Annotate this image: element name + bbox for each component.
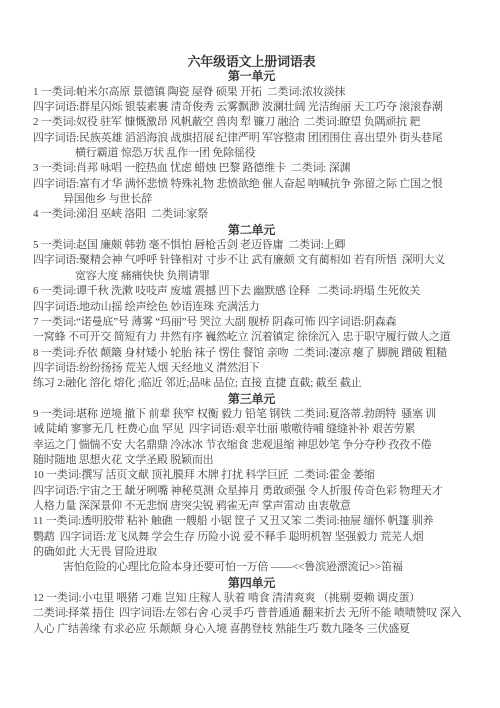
vocab-line: 随时随地 思想火花 文学圣殿 脱颖而出	[33, 453, 470, 468]
vocab-line: 8 一类词:乔依 颠簸 身材矮小 轮胎 袜子 愣住 餐馆 亲吻 二类词:凄凉 瘪…	[33, 346, 470, 361]
vocab-line: 3 一类词:肖邦 咏唱 一腔热血 忧虑 蜡烛 巴黎 路德维卡 二类词: 深渊	[33, 161, 470, 176]
vocab-line: 12 一类词:小屯里 喂猪 刁难 岂知 庄稼人 驮着 啃食 清清爽爽 （挑剔 耍…	[33, 591, 470, 606]
vocab-line: 5 一类词:赵国 廉颇 韩勃 毫不惧怕 唇枪舌剑 老迈昏庸 二类词:上卿	[33, 238, 470, 253]
vocab-line: 人心 广结善缘 有求必应 乐颠颠 身心入境 喜鹊登枝 熟能生巧 数九隆冬 三伏盛…	[33, 622, 470, 637]
vocab-line: 四字词语:群星闪烁 银装素裹 清奇俊秀 云雾飘渺 波澜壮阔 光洁绚丽 天工巧夺 …	[33, 100, 470, 115]
unit-heading-1: 第一单元	[33, 69, 470, 84]
vocab-continuation-line: 异国他乡 与世长辞	[33, 192, 470, 207]
vocab-line: 诫 陡峭 寥寥无几 枉费心血 罕见 四字词语:艰辛壮丽 嗷嗷待哺 缝缝补补 艰苦…	[33, 422, 470, 437]
vocab-line: 四字词语:民族英雄 滔滔海浪 战旗招展 纪律严明 军容整肃 团团围住 喜出望外 …	[33, 131, 470, 146]
vocab-line: 4 一类词:涕泪 巫峡 洛阳 二类词:家祭	[33, 207, 470, 222]
vocab-line: 2 一类词:奴役 驻军 慷慨激昂 风帆蔽空 兽肉 犁 镰刀 融洽 二类词:瞭望 …	[33, 115, 470, 130]
vocab-line: 9 一类词:堪称 逆境 撤下 前辈 狭窄 权衡 毅力 铅笔 钢铁 二类词:夏洛蒂…	[33, 407, 470, 422]
vocab-continuation-line: 宽容大度 痛痛快快 负荆请罪	[33, 269, 470, 284]
vocab-line: 的确如此 大无畏 冒险进取	[33, 545, 470, 560]
unit-heading-4: 第四单元	[33, 576, 470, 591]
vocab-line: 四字词语:聚精会神 气呼呼 针锋相对 寸步不让 武有廉颇 文有蔺相如 若有所悟 …	[33, 253, 470, 268]
quote-line: 害怕危险的心理比危险本身还要可怕一万倍 ——<<鲁滨逊漂流记>>笛福	[33, 560, 470, 575]
unit-heading-3: 第三单元	[33, 392, 470, 407]
document-page: 六年级语文上册词语表 第一单元 1 一类词:帕米尔高原 景德镇 陶瓷 屋脊 硕果…	[0, 0, 500, 708]
vocab-line: 1 一类词:帕米尔高原 景德镇 陶瓷 屋脊 硕果 开拓 二类词:浓妆淡抹	[33, 85, 470, 100]
vocab-line: 人格力量 深深景仰 不无悲悯 唐突尖锐 鸦雀无声 掌声雷动 由衷敬意	[33, 499, 470, 514]
vocab-line: 四字词语:富有才华 满怀悲愤 特殊礼物 悲愤欲绝 催人奋起 呐喊抗争 弥留之际 …	[33, 177, 470, 192]
vocab-line: 一窝蜂 不可开交 简短有力 井然有序 巍然屹立 沉着镇定 徐徐沉入 忠于职守履行…	[33, 330, 470, 345]
vocab-continuation-line: 横行霸道 惊恐万状 乱作一团 免除徭役	[33, 146, 470, 161]
vocab-line: 二类词:择菜 捂住 四字词语:左邻右舍 心灵手巧 普普通通 翻来折去 无所不能 …	[33, 606, 470, 621]
vocab-line: 四字词语:宇宙之王 龇牙咧嘴 神秘莫测 众星捧月 勇敢顽强 令人折服 传奇色彩 …	[33, 484, 470, 499]
vocab-line: 11 一类词:透明胶带 粘补 触礁 一艘船 小锯 筐子 又丑又笨 二类词:抽屉 …	[33, 514, 470, 529]
vocab-line: 鹦鹉 四字词语:龙飞凤舞 学会生存 历险小说 爱不释手 聪明机智 坚强毅力 荒芜…	[33, 530, 470, 545]
vocab-line: 四字词语:地动山摇 绘声绘色 妙语连珠 充满活力	[33, 300, 470, 315]
vocab-line: 幸运之门 惴惴不安 大名鼎鼎 冷冰冰 节衣缩食 悲观退缩 神思妙笔 争分夺秒 孜…	[33, 438, 470, 453]
vocab-line: 7 一类词:“诺曼底”号 薄雾 “玛丽”号 哭泣 大副 舰桥 阴森可怖 四字词语…	[33, 315, 470, 330]
document-title: 六年级语文上册词语表	[33, 54, 470, 69]
vocab-line: 6 一类词:谭千秋 洗漱 吱吱声 废墟 震撼 凹下去 幽默感 诠释 二类词:坍塌…	[33, 284, 470, 299]
vocab-line: 10 一类词:撰写 活页文献 顶礼膜拜 木牌 打扰 科学巨匠 二类词:霍金 萎缩	[33, 468, 470, 483]
vocab-line: 四字词语:纷纷扬扬 荒芜人烟 天经地义 潸然泪下	[33, 361, 470, 376]
vocab-line: 练习 2:融化 溶化 熔化 ;临近 邻近;品味 品位; 直接 直捷 直截; 截至…	[33, 376, 470, 391]
unit-heading-2: 第二单元	[33, 223, 470, 238]
